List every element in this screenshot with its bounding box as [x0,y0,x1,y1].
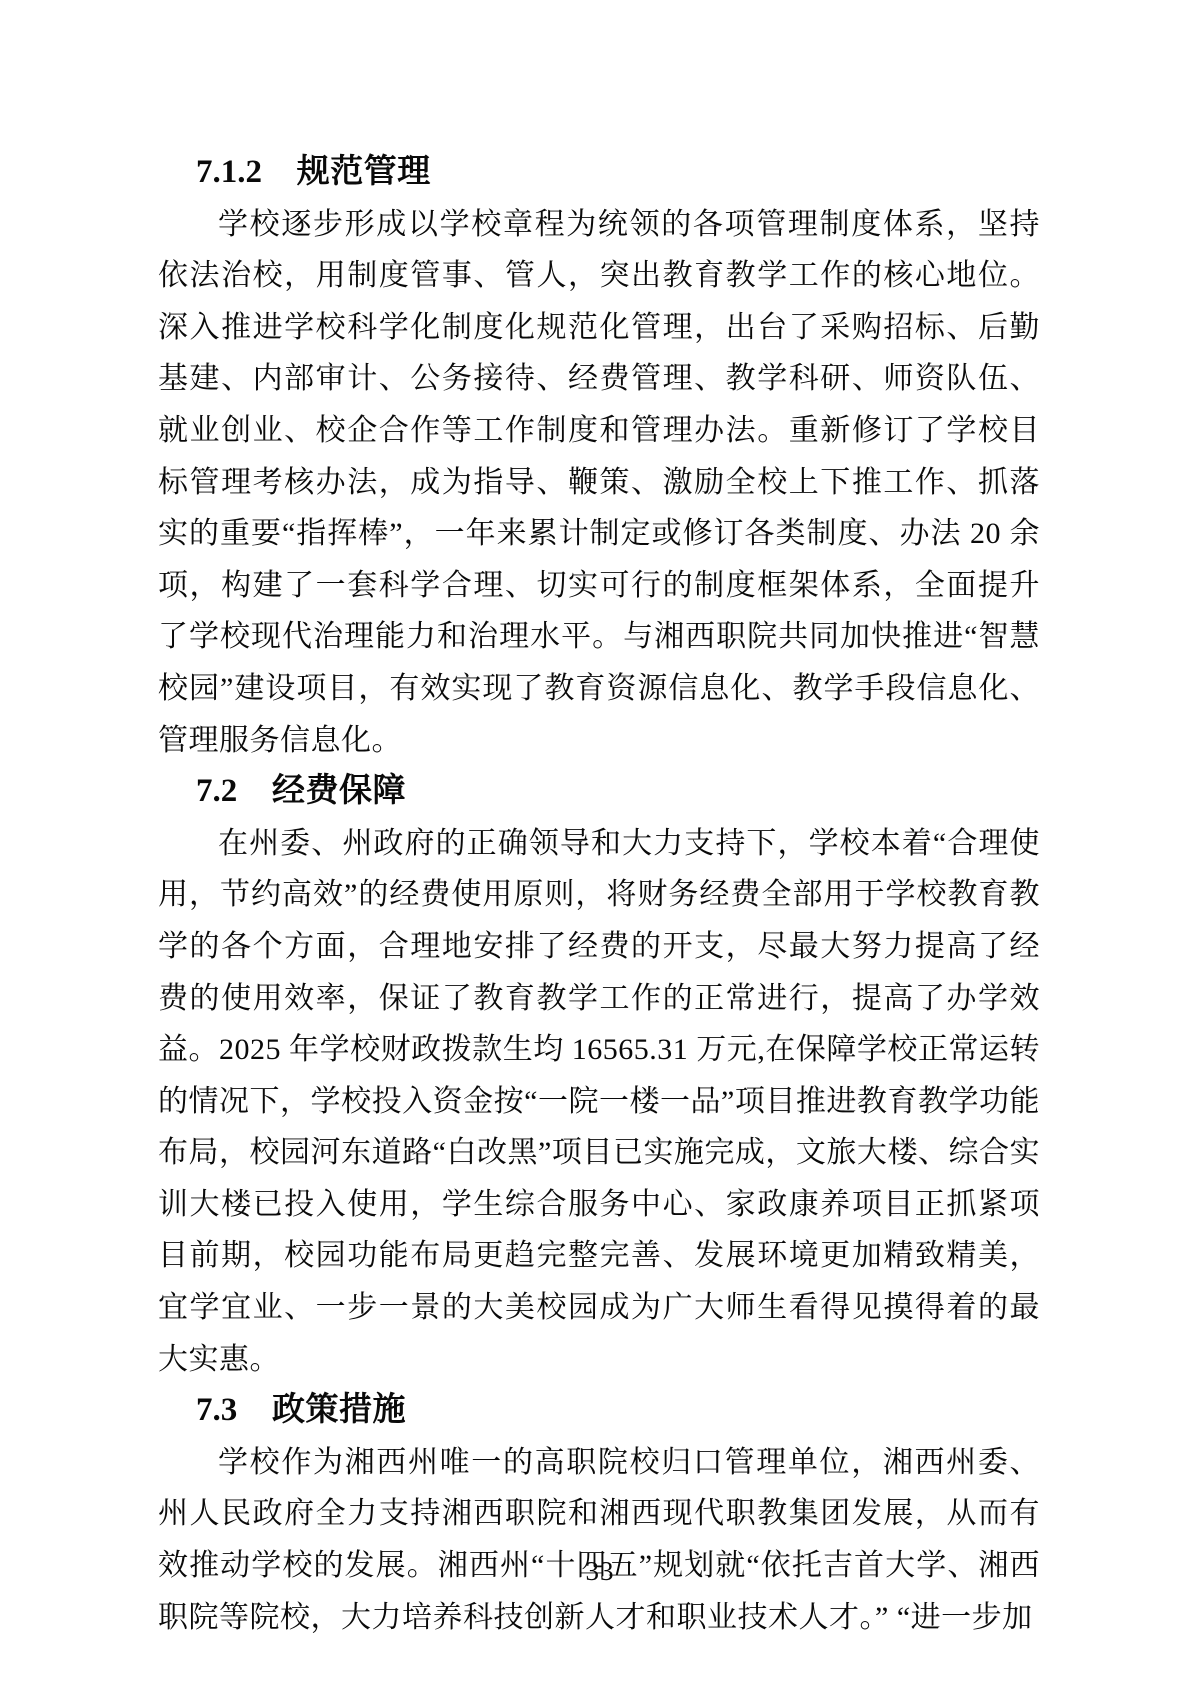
section-heading-number: 7.1.2 [196,154,262,190]
body-paragraph: 在州委、州政府的正确领导和大力支持下，学校本着“合理使用，节约高效”的经费使用原… [158,818,1040,1386]
section-heading: 7.2 经费保障 [158,766,1040,818]
document-section: 7.2 经费保障 在州委、州政府的正确领导和大力支持下，学校本着“合理使用，节约… [158,766,1040,1385]
section-heading-title: 规范管理 [297,154,431,190]
section-heading: 7.3 政策措施 [158,1385,1040,1437]
page-number: 33 [586,1556,615,1586]
body-paragraph: 学校逐步形成以学校章程为统领的各项管理制度体系，坚持依法治校，用制度管事、管人，… [158,199,1040,767]
section-heading-title: 政策措施 [272,1392,406,1428]
body-paragraph: 学校作为湘西州唯一的高职院校归口管理单位，湘西州委、州人民政府全力支持湘西职院和… [158,1437,1040,1643]
document-section: 7.3 政策措施 学校作为湘西州唯一的高职院校归口管理单位，湘西州委、州人民政府… [158,1385,1040,1643]
document-page: 7.1.2 规范管理 学校逐步形成以学校章程为统领的各项管理制度体系，坚持依法治… [0,0,1200,1697]
section-heading-title: 经费保障 [272,773,406,809]
section-heading-number: 7.3 [196,1392,237,1428]
section-heading-number: 7.2 [196,773,237,809]
page-footer: 33 [0,1556,1200,1587]
document-content: 7.1.2 规范管理 学校逐步形成以学校章程为统领的各项管理制度体系，坚持依法治… [158,147,1040,1643]
document-section: 7.1.2 规范管理 学校逐步形成以学校章程为统领的各项管理制度体系，坚持依法治… [158,147,1040,766]
section-heading: 7.1.2 规范管理 [158,147,1040,199]
